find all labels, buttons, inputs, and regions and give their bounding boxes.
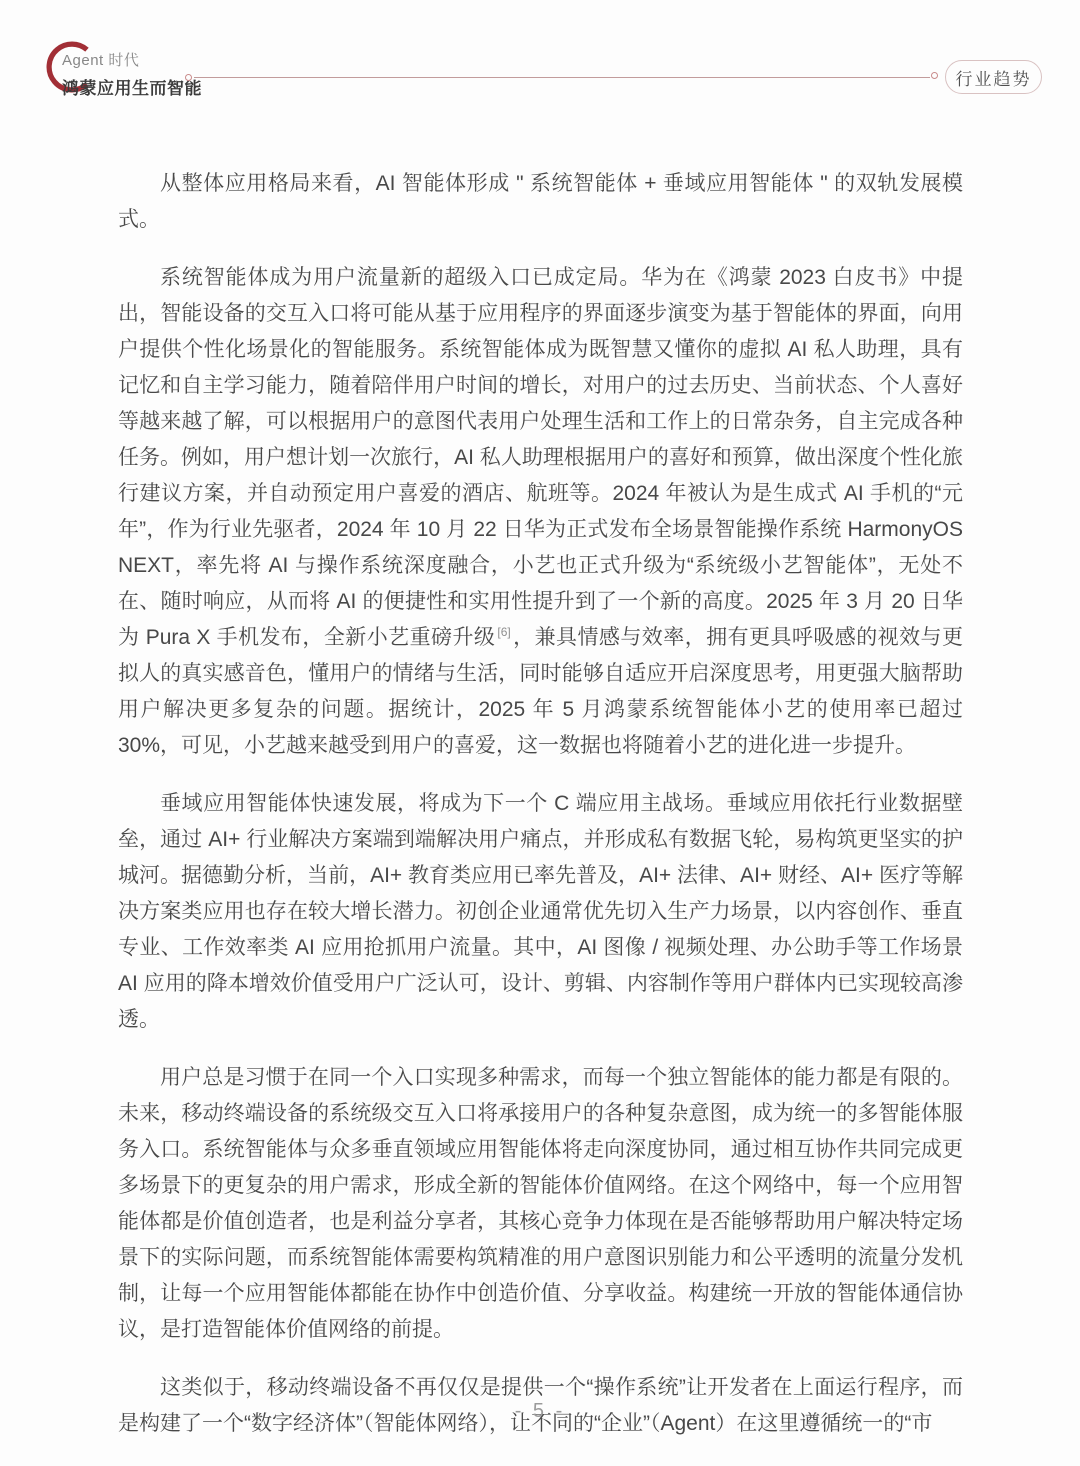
logo-title: 鸿蒙应用生而智能 (62, 74, 202, 99)
connector-dot-icon (185, 74, 192, 81)
paragraph-vertical-agent: 垂域应用智能体快速发展，将成为下一个 C 端应用主战场。垂域应用依托行业数据壁垒… (118, 786, 963, 1038)
paragraph-overview: 从整体应用格局来看，AI 智能体形成 " 系统智能体 + 垂域应用智能体 " 的… (118, 166, 963, 238)
section-badge: 行业趋势 (945, 60, 1042, 94)
logo-subtitle: Agent 时代 (62, 49, 202, 70)
page-number: - 5 - (0, 1400, 1080, 1423)
connector-dot-icon (931, 72, 938, 79)
paragraph-agent-network: 用户总是习惯于在同一个入口实现多种需求，而每一个独立智能体的能力都是有限的。未来… (118, 1060, 963, 1348)
document-page: Agent 时代 鸿蒙应用生而智能 行业趋势 从整体应用格局来看，AI 智能体形… (0, 0, 1080, 1466)
header-rule (194, 77, 930, 78)
report-logo: Agent 时代 鸿蒙应用生而智能 (62, 49, 202, 99)
paragraph-system-agent: 系统智能体成为用户流量新的超级入口已成定局。华为在《鸿蒙 2023 白皮书》中提… (118, 260, 963, 764)
footnote-ref-6: [6] (497, 625, 510, 639)
paragraph-text: 系统智能体成为用户流量新的超级入口已成定局。华为在《鸿蒙 2023 白皮书》中提… (118, 266, 963, 649)
page-body: 从整体应用格局来看，AI 智能体形成 " 系统智能体 + 垂域应用智能体 " 的… (118, 166, 963, 1464)
